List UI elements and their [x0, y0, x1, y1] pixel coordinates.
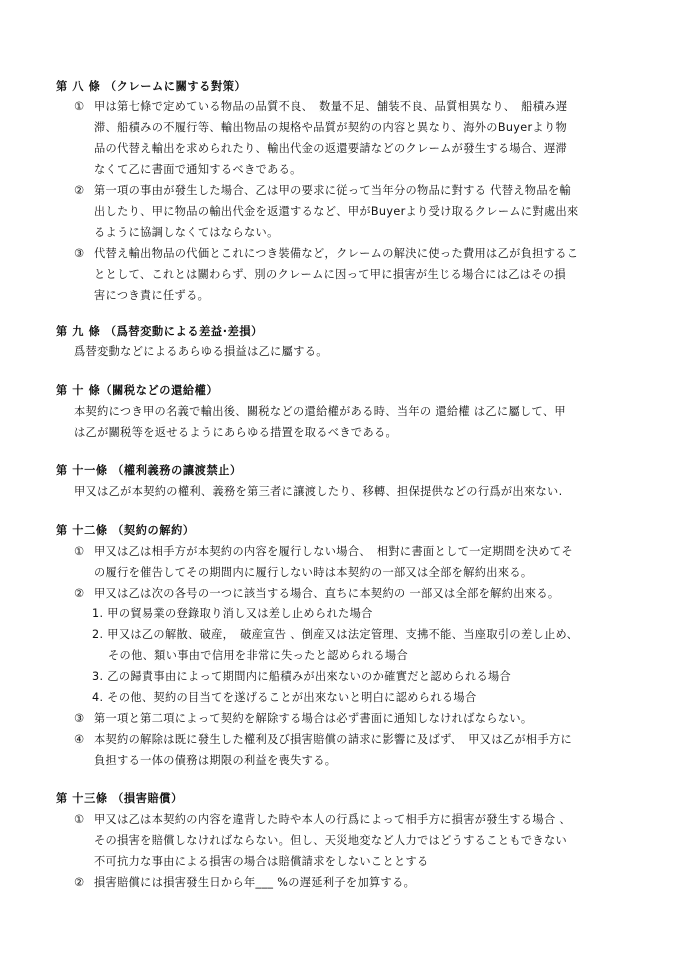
- article-12-para-4-line-1: ④本契約の解除は既に發生した權利及び損害賠償の請求に影響に及ばず、 甲又は乙が相…: [74, 733, 572, 747]
- article-8-para-2-line-2: 出したり、甲に物品の輸出代金を返還するなど、甲がBuyerより受け取るクレームに…: [94, 205, 579, 219]
- circled-number-1: ①: [74, 100, 94, 114]
- article-10-heading: 第 十 條（關税などの還給權）: [56, 384, 218, 398]
- article-8-heading: 第 八 條 （クレームに關する對策）: [56, 80, 246, 94]
- article-13-para-1-line-1: ①甲又は乙は本契約の内容を違背した時や本人の行爲によって相手方に損害が發生する場…: [74, 813, 571, 827]
- article-8-para-3-line-3: 害につき責に任ずる。: [94, 289, 209, 303]
- article-12-para-3-line-1: ③第一項と第二項によって契約を解除する場合は必ず書面に通知しなければならない。: [74, 712, 532, 726]
- article-8-para-3-line-2: ととして、これとは關わらず、別のクレームに因って甲に損害が生じる場合には乙はその…: [94, 268, 566, 282]
- article-11-heading: 第 十一條 （權利義務の讓渡禁止）: [56, 464, 242, 478]
- circled-number-2: ②: [74, 587, 94, 601]
- article-8-para-1-line-4: なくて乙に書面で通知するべきである。: [94, 163, 302, 177]
- article-8-para-3-line-1: ③代替え輸出物品の代価とこれにつき裝備など，クレームの解決に使った費用は乙が負担…: [74, 247, 578, 261]
- article-12-para-4-line-2: 負担する一体の債務は期限の利益を喪失する。: [94, 754, 336, 768]
- article-12-subitem-2-line-1: 2. 甲又は乙の解散、破産， 破産宣告 、倒産又は法定管理、支拂不能、当座取引の…: [92, 628, 578, 642]
- article-13-heading: 第 十三條 （損害賠償）: [56, 792, 183, 806]
- article-13-para-1-line-2: その損害を賠償しなければならない。但し、天災地変など人力ではどうすることもできな…: [94, 834, 567, 848]
- article-12-subitem-2-line-2: その他、類い事由で信用を非常に失ったと認められる場合: [108, 649, 408, 663]
- circled-number-4: ④: [74, 733, 94, 747]
- circled-number-3: ③: [74, 712, 94, 726]
- article-10-body-line-2: は乙が關税等を返せるようにあらゆる措置を取るべきである。: [74, 426, 397, 440]
- article-8-para-1-line-2: 滞、船積みの不履行等、輸出物品の規格や品質が契約の内容と異なり、海外のBuyer…: [94, 121, 567, 135]
- circled-number-2: ②: [74, 876, 94, 890]
- article-9-heading: 第 九 條 （爲替変動による差益·差損）: [56, 325, 263, 339]
- article-12-para-1-line-1: ①甲又は乙は相手方が本契約の内容を履行しない場合、 相對に書面として一定期間を決…: [74, 545, 573, 559]
- article-12-subitem-3: 3. 乙の歸責事由によって期間内に船積みが出來ないのか確實だと認められる場合: [92, 670, 511, 684]
- article-9-body-line-1: 爲替変動などによるあらゆる損益は乙に屬する。: [74, 345, 328, 359]
- document-page: 第 八 條 （クレームに關する對策） ①甲は第七條で定めている物品の品質不良、 …: [0, 0, 680, 962]
- article-11-body-line-1: 甲又は乙が本契約の權利、義務を第三者に讓渡したり、移轉、担保提供などの行爲が出來…: [74, 485, 562, 499]
- article-8-para-1-line-1: ①甲は第七條で定めている物品の品質不良、 数量不足、舗装不良、品質相異なり、 船…: [74, 100, 567, 114]
- circled-number-1: ①: [74, 545, 94, 559]
- article-10-body-line-1: 本契約につき甲の名義で輸出後、關税などの還給權がある時、当年の 還給權 は乙に屬…: [74, 405, 566, 419]
- circled-number-3: ③: [74, 247, 94, 261]
- article-13-para-1-line-3: 不可抗力な事由による損害の場合は賠償請求をしないこととする: [94, 855, 429, 869]
- article-8-para-1-line-3: 品の代替え輸出を求められたり、輸出代金の返還要請などのクレームが發生する場合、遅…: [94, 142, 567, 156]
- article-12-para-2-line-1: ②甲又は乙は次の各号の一つに該当する場合、直ちに本契約の 一部又は全部を解約出來…: [74, 587, 559, 601]
- circled-number-1: ①: [74, 813, 94, 827]
- article-12-subitem-4: 4. その他、契約の目当てを遂げることが出來ないと明白に認められる場合: [92, 691, 476, 705]
- article-13-para-2-line-1: ②損害賠償には損害發生日から年___ %の遅延利子を加算する。: [74, 876, 415, 890]
- circled-number-2: ②: [74, 184, 94, 198]
- article-12-para-1-line-2: の履行を催告してその期間内に履行しない時は本契約の一部又は全部を解約出來る。: [94, 566, 532, 580]
- article-12-subitem-1: 1. 甲の貿易業の登錄取り消し又は差し止められた場合: [92, 607, 373, 621]
- article-8-para-2-line-3: るように協調しなくてはならない。: [94, 226, 279, 240]
- article-12-heading: 第 十二條 （契約の解約）: [56, 524, 195, 538]
- article-8-para-2-line-1: ②第一項の事由が發生した場合、乙は甲の要求に従って当年分の物品に對する 代替え物…: [74, 184, 571, 198]
